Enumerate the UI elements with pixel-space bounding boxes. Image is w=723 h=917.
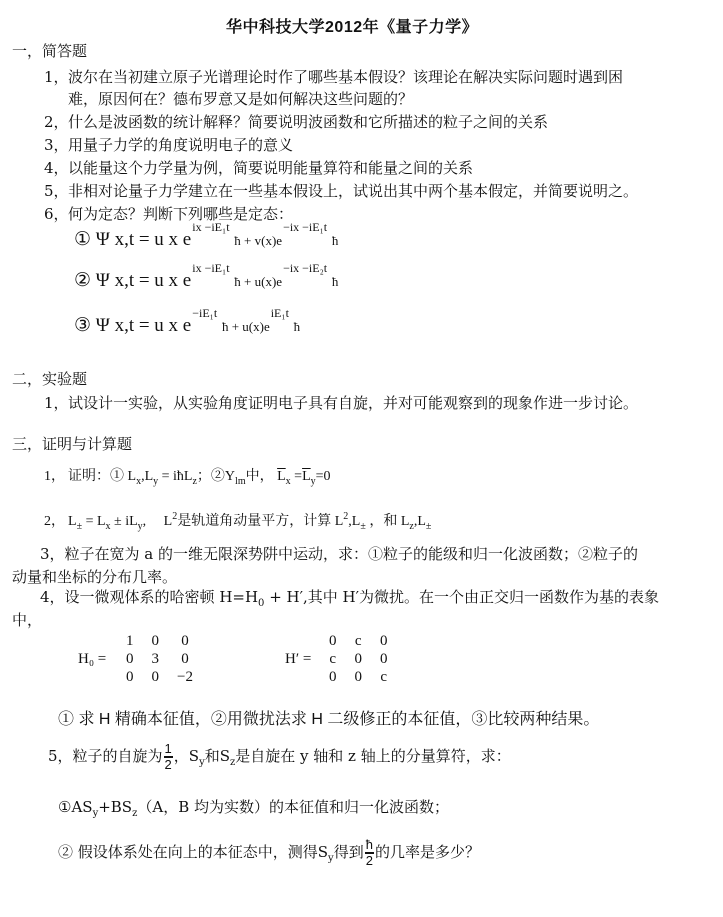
- section-heading-experiment: 二，实验题: [12, 368, 87, 389]
- subscript: x: [136, 476, 141, 487]
- text: 得到: [334, 843, 364, 861]
- math: ,L: [141, 469, 153, 484]
- matrix-cell: 0: [371, 650, 397, 668]
- question-3-2: 2，L± = Lx ± iLy, L2是轨道角动量平方，计算 L2,L± ，和 …: [44, 510, 431, 530]
- circled-number: ②: [74, 270, 91, 291]
- question-number: 2，: [44, 111, 68, 132]
- question-1-1: 1，波尔在当初建立原子光谱理论时作了哪些基本假设？该理论在解决实际问题时遇到困: [44, 66, 623, 87]
- exponent: ix −iE₁t: [192, 220, 229, 234]
- exponent: ix −iE₁t: [192, 261, 229, 275]
- matrix-cell: 0: [346, 668, 372, 686]
- superscript: 2: [343, 511, 348, 522]
- numerator: 1: [164, 742, 173, 758]
- equation-mid: ħ + v(x)e: [234, 233, 282, 248]
- subscript: y: [199, 757, 205, 768]
- hbar-symbol: ħ: [332, 274, 339, 289]
- subscript: z: [409, 521, 413, 532]
- math: 中，: [246, 469, 274, 484]
- question-3-1: 1，证明：① Lx,Ly = iħLz；②Ylm中， Lx =Ly=0: [44, 465, 331, 485]
- denominator: 2: [365, 854, 374, 868]
- math: 是轨道角动量平方，计算 L: [177, 514, 343, 529]
- math: = iħL: [158, 469, 192, 484]
- section-heading-proof-calc: 三，证明与计算题: [12, 433, 132, 454]
- h0-label: H₀ =: [78, 651, 106, 668]
- q-prefix: 证明：①: [68, 469, 124, 484]
- question-text: 用量子力学的角度说明电子的意义: [68, 136, 293, 154]
- text: 5，粒子的自旋为: [48, 747, 163, 765]
- math: ，和 L: [366, 514, 410, 529]
- question-number: 4，: [44, 157, 68, 178]
- math: =: [291, 469, 302, 484]
- text: +BS: [98, 798, 132, 816]
- equation-2: ② Ψ x,t = u x eix −iE₁t ħ + u(x)e−ix −iE…: [74, 269, 338, 292]
- superscript: 2: [172, 511, 177, 522]
- text: + H′,其中 H′为微扰。在一个由正交归一函数作为基的表象: [264, 588, 659, 606]
- question-1-3: 3，用量子力学的角度说明电子的意义: [44, 134, 293, 155]
- question-1-6: 6，何为定态？判断下列哪些是定态：: [44, 203, 293, 224]
- math: L: [302, 469, 311, 484]
- fraction-hbar-half: ħ2: [365, 838, 374, 868]
- h0-matrix: 100 030 00−2: [117, 632, 202, 686]
- question-number: 5，: [44, 180, 68, 201]
- subscript: x: [106, 521, 111, 532]
- page-title: 华中科技大学2012年《量子力学》: [226, 14, 478, 37]
- text: ①AS: [58, 798, 93, 816]
- subscript: ±: [77, 521, 83, 532]
- matrix-cell: 0: [117, 668, 143, 686]
- text: （A，B 均为实数）的本征值和归一化波函数；: [137, 798, 449, 816]
- text: 和S: [205, 747, 230, 765]
- question-number: 2，: [44, 510, 68, 530]
- matrix-cell: −2: [168, 668, 202, 686]
- matrix-cell: 0: [143, 632, 169, 650]
- question-number: 6，: [44, 203, 68, 224]
- question-number: 1，: [44, 392, 68, 413]
- question-1-4: 4，以能量这个力学量为例，简要说明能量算符和能量之间的关系: [44, 157, 473, 178]
- question-3-3-line1: 3，粒子在宽为 a 的一维无限深势阱中运动，求：①粒子的能级和归一化波函数；②粒…: [40, 543, 638, 564]
- question-2-1: 1，试设计一实验，从实验角度证明电子具有自旋，并对可能观察到的现象作进一步讨论。: [44, 392, 638, 413]
- exponent: −iE₁t: [192, 306, 217, 320]
- equation-lhs: Ψ x,t = u x e: [96, 315, 191, 336]
- question-text: 什么是波函数的统计解释？简要说明波函数和它所描述的粒子之间的关系: [68, 113, 548, 131]
- hbar-symbol: ħ: [294, 319, 301, 334]
- subscript: y: [138, 521, 143, 532]
- denominator: 2: [164, 758, 173, 772]
- question-1-5: 5，非相对论量子力学建立在一些基本假设上，试说出其中两个基本假定，并简要说明之。: [44, 180, 638, 201]
- numerator: ħ: [365, 838, 374, 854]
- question-3-4-line1: 4，设一微观体系的哈密顿 H=H0 + H′,其中 H′为微扰。在一个由正交归一…: [40, 586, 659, 607]
- subscript: y: [93, 808, 99, 819]
- matrix-cell: 3: [143, 650, 169, 668]
- math: , L: [143, 514, 173, 529]
- subscript: ±: [360, 521, 366, 532]
- equation-mid: ħ + u(x)e: [222, 319, 270, 334]
- exponent: −ix −iE₁t: [283, 220, 327, 234]
- subscript: ±: [426, 521, 432, 532]
- question-3-5-part2: ② 假设体系处在向上的本征态中，测得Sy得到ħ2的几率是多少？: [58, 838, 480, 868]
- subscript: y: [328, 853, 334, 864]
- circled-number: ③: [74, 315, 91, 336]
- question-text: 何为定态？判断下列哪些是定态：: [68, 205, 293, 223]
- section-heading-short-answer: 一，简答题: [12, 40, 87, 61]
- equation-lhs: Ψ x,t = u x e: [96, 229, 191, 250]
- exponent: −ix −iE₂t: [283, 261, 327, 275]
- matrix-cell: 0: [117, 650, 143, 668]
- math: ,L: [348, 514, 360, 529]
- subscript: y: [153, 476, 158, 487]
- math: ,L: [414, 514, 426, 529]
- text: 是自旋在 y 轴和 z 轴上的分量算符，求：: [235, 747, 510, 765]
- question-1-1-continued: 难，原因何在？德布罗意又是如何解决这些问题的？: [68, 88, 413, 109]
- subscript: z: [132, 808, 137, 819]
- math: L: [277, 469, 286, 484]
- hbar-symbol: ħ: [332, 233, 339, 248]
- subscript: z: [192, 476, 196, 487]
- title-prefix: 华中科技大学: [226, 17, 325, 36]
- title-suffix: 年《量子力学》: [363, 17, 479, 36]
- matrix-cell: 0: [168, 632, 202, 650]
- matrix-cell: 0: [320, 668, 346, 686]
- matrix-cell: 0: [143, 668, 169, 686]
- hprime-matrix: 0c0 c00 00c: [320, 632, 397, 686]
- question-number: 1，: [44, 465, 68, 485]
- question-3-5: 5，粒子的自旋为12，Sy和Sz是自旋在 y 轴和 z 轴上的分量算符，求：: [48, 742, 511, 772]
- fraction-one-half: 12: [164, 742, 173, 772]
- hprime-label: H′ =: [285, 651, 311, 668]
- circled-number: ①: [74, 229, 91, 250]
- matrix-cell: c: [320, 650, 346, 668]
- matrix-cell: 1: [117, 632, 143, 650]
- matrix-cell: 0: [320, 632, 346, 650]
- text: ② 假设体系处在向上的本征态中，测得S: [58, 843, 328, 861]
- question-text: 试设计一实验，从实验角度证明电子具有自旋，并对可能观察到的现象作进一步讨论。: [68, 394, 638, 412]
- matrix-cell: c: [346, 632, 372, 650]
- equation-1: ① Ψ x,t = u x eix −iE₁t ħ + v(x)e−ix −iE…: [74, 228, 338, 251]
- subscript: y: [311, 476, 316, 487]
- text: 4，设一微观体系的哈密顿 H=H: [40, 588, 258, 606]
- math: L: [68, 514, 77, 529]
- matrix-cell: 0: [168, 650, 202, 668]
- title-year: 2012: [325, 19, 363, 36]
- question-3-5-part1: ①ASy+BSz（A，B 均为实数）的本征值和归一化波函数；: [58, 796, 449, 817]
- question-3-4-line2: 中，: [12, 609, 42, 630]
- subscript: x: [286, 476, 291, 487]
- equation-lhs: Ψ x,t = u x e: [96, 270, 191, 291]
- matrix-cell: c: [371, 668, 397, 686]
- subscript: 0: [258, 598, 264, 609]
- question-3-4-tasks: ① 求 H 精确本征值，②用微扰法求 H 二级修正的本征值，③比较两种结果。: [58, 706, 599, 729]
- question-number: 1，: [44, 66, 68, 87]
- question-text: 波尔在当初建立原子光谱理论时作了哪些基本假设？该理论在解决实际问题时遇到困: [68, 68, 623, 86]
- math: ；②Y: [197, 469, 235, 484]
- question-text: 非相对论量子力学建立在一些基本假设上，试说出其中两个基本假定，并简要说明之。: [68, 182, 638, 200]
- equation-mid: ħ + u(x)e: [234, 274, 282, 289]
- text: 的几率是多少？: [375, 843, 480, 861]
- question-3-3-line2: 动量和坐标的分布几率。: [12, 566, 177, 587]
- text: ，S: [174, 747, 199, 765]
- question-text: 以能量这个力学量为例，简要说明能量算符和能量之间的关系: [68, 159, 473, 177]
- equation-3: ③ Ψ x,t = u x e−iE₁t ħ + u(x)eiE₁t ħ: [74, 314, 300, 337]
- question-number: 3，: [44, 134, 68, 155]
- math: ± iL: [111, 514, 138, 529]
- math: L: [128, 469, 137, 484]
- question-1-2: 2，什么是波函数的统计解释？简要说明波函数和它所描述的粒子之间的关系: [44, 111, 548, 132]
- subscript: lm: [235, 476, 246, 487]
- math: = L: [82, 514, 105, 529]
- subscript: z: [230, 757, 235, 768]
- matrix-cell: 0: [371, 632, 397, 650]
- exponent: iE₁t: [271, 306, 289, 320]
- math: =0: [316, 469, 331, 484]
- matrix-cell: 0: [346, 650, 372, 668]
